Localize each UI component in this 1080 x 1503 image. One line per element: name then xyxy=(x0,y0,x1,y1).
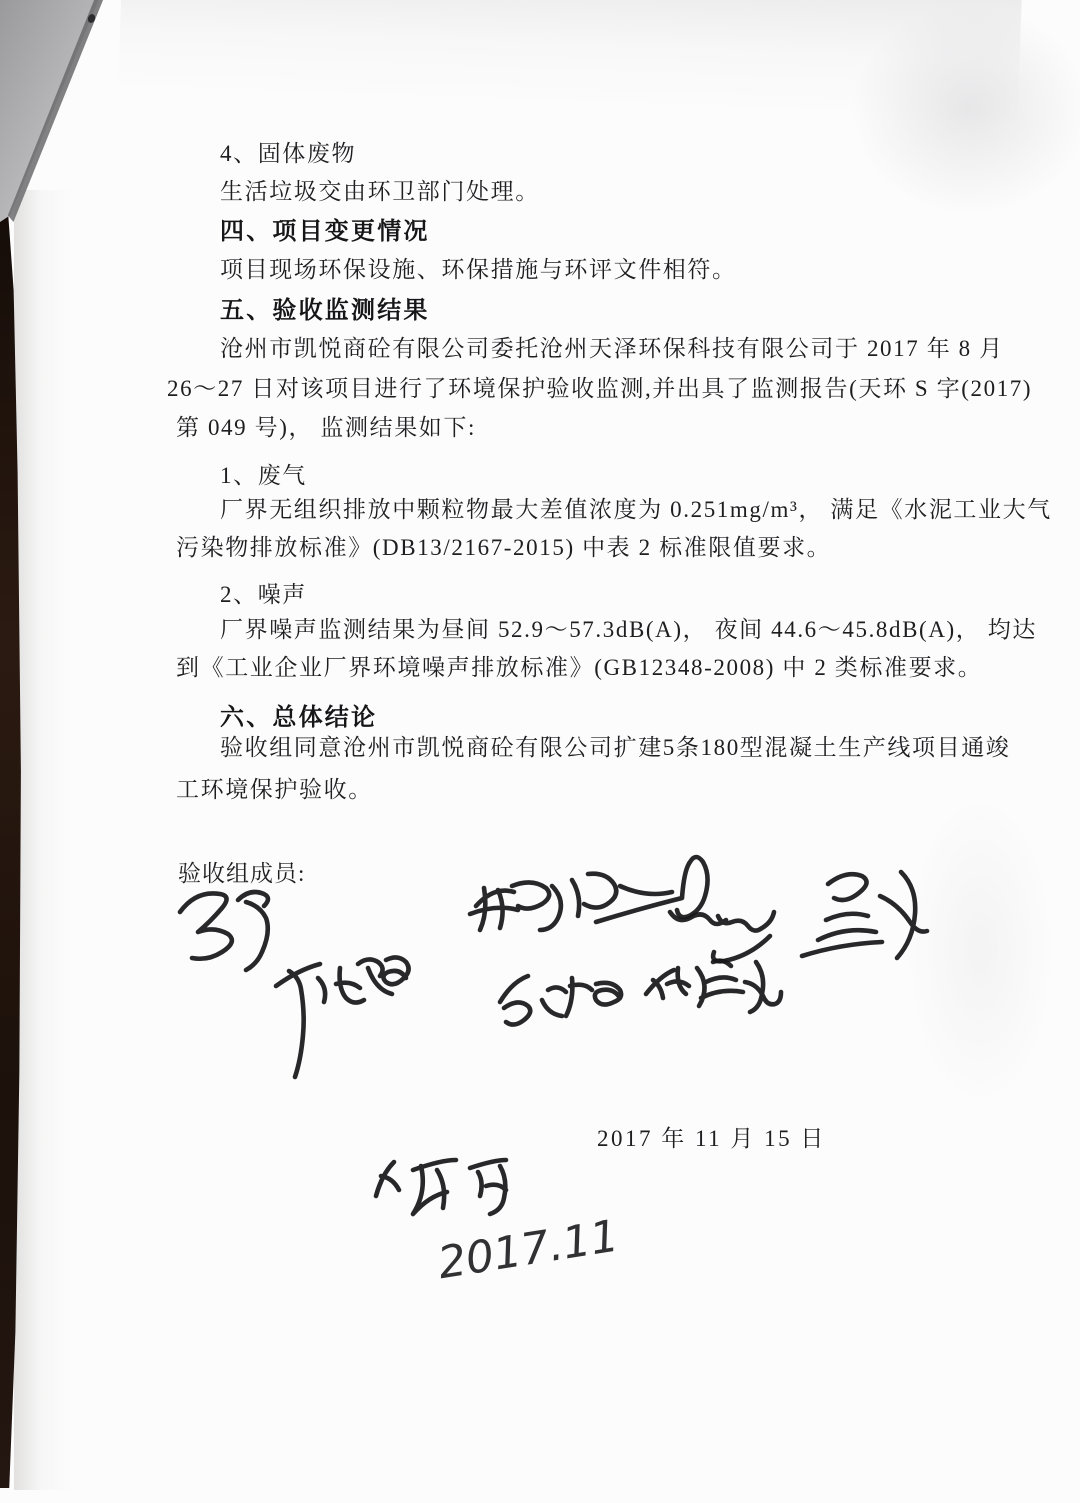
doc-line: 厂界噪声监测结果为昼间 52.9～57.3dB(A)， 夜间 44.6～45.8… xyxy=(220,611,1037,644)
doc-line: 项目现场环保设施、环保措施与环评文件相符。 xyxy=(220,251,737,284)
member-signature-5 xyxy=(276,957,409,1077)
doc-line: 沧州市凯悦商砼有限公司委托沧州天泽环保科技有限公司于 2017 年 8 月 xyxy=(220,330,1004,363)
doc-line: 工环境保护验收。 xyxy=(176,771,373,804)
doc-line: 生活垃圾交由环卫部门处理。 xyxy=(220,173,540,206)
doc-line: 2、噪声 xyxy=(220,576,307,609)
handwritten-date: 2017.11 xyxy=(434,1210,622,1289)
paper-shading xyxy=(14,190,74,1490)
doc-line: 第 049 号)， 监测结果如下: xyxy=(176,409,476,442)
approver-signature xyxy=(376,1160,506,1214)
doc-line: 1、废气 xyxy=(220,457,307,490)
member-signature-3 xyxy=(596,857,774,961)
signature-members-label: 验收组成员: xyxy=(178,855,305,888)
member-signature-2 xyxy=(470,874,672,930)
section-heading: 四、项目变更情况 xyxy=(220,211,430,246)
dark-background-edge xyxy=(0,186,22,1488)
paper-shading xyxy=(880,740,1080,1160)
section-heading: 五、验收监测结果 xyxy=(220,290,430,325)
doc-line: 验收组同意沧州市凯悦商砼有限公司扩建5条180型混凝土生产线项目通竣 xyxy=(220,729,1010,762)
section-heading: 六、总体结论 xyxy=(220,697,377,732)
doc-line: 到《工业企业厂界环境噪声排放标准》(GB12348-2008) 中 2 类标准要… xyxy=(176,649,982,682)
doc-line: 厂界无组织排放中颗粒物最大差值浓度为 0.251mg/m³， 满足《水泥工业大气 xyxy=(220,491,1052,524)
doc-line: 26～27 日对该项目进行了环境保护验收监测,并出具了监测报告(天环 S 字(2… xyxy=(167,370,1032,403)
doc-line: 4、固体废物 xyxy=(220,135,356,168)
scanned-page: 4、固体废物 生活垃圾交由环卫部门处理。 四、项目变更情况 项目现场环保设施、环… xyxy=(0,0,1080,1503)
typed-date: 2017 年 11 月 15 日 xyxy=(597,1120,826,1153)
scan-speck xyxy=(87,13,97,24)
member-signature-1 xyxy=(180,892,268,970)
member-signature-6 xyxy=(500,976,621,1025)
paper-shading xyxy=(800,0,1080,260)
member-signature-4 xyxy=(802,872,927,958)
doc-line: 污染物排放标准》(DB13/2167-2015) 中表 2 标准限值要求。 xyxy=(176,529,831,562)
member-signature-7 xyxy=(646,961,781,1012)
paper-shading xyxy=(118,0,1022,126)
